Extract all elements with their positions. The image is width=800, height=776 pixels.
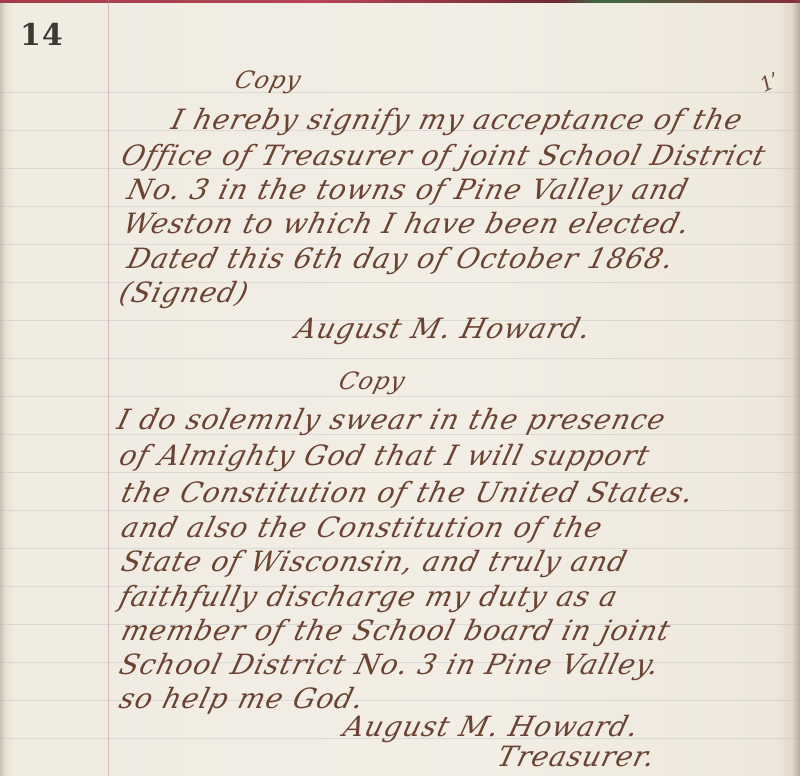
ruled-line	[0, 92, 800, 93]
acceptance-line: Weston to which I have been elected.	[120, 207, 694, 240]
acceptance-signed-label: (Signed)	[116, 276, 253, 309]
acceptance-line: Office of Treasurer of joint School Dist…	[118, 139, 770, 172]
ruled-line	[0, 358, 800, 359]
oath-line: I do solemnly swear in the presence	[114, 403, 670, 436]
oath-line: State of Wisconsin, and truly and	[118, 545, 631, 578]
ruled-line	[0, 282, 800, 283]
acceptance-heading: Copy	[232, 66, 305, 94]
oath-heading: Copy	[336, 367, 409, 395]
oath-signature: August M. Howard.	[340, 710, 643, 743]
page-right-edge	[792, 0, 800, 776]
oath-line: and also the Constitution of the	[118, 511, 606, 544]
ledger-page: 14 1’ Copy I hereby signify my acceptanc…	[0, 0, 800, 776]
oath-line: faithfully discharge my duty as a	[116, 580, 622, 613]
ruled-line	[0, 472, 800, 473]
margin-rule	[108, 0, 109, 776]
oath-line: so help me God.	[116, 682, 368, 715]
oath-line: member of the School board in joint	[118, 614, 674, 647]
acceptance-signature: August M. Howard.	[292, 312, 595, 345]
oath-line: of Almighty God that I will support	[116, 439, 654, 472]
oath-signer-title: Treasurer.	[494, 740, 659, 773]
acceptance-line: Dated this 6th day of October 1868.	[124, 242, 678, 275]
oath-line: School District No. 3 in Pine Valley.	[116, 648, 663, 681]
page-number: 14	[20, 18, 64, 53]
acceptance-line: No. 3 in the towns of Pine Valley and	[124, 173, 692, 206]
page-top-edge	[0, 0, 800, 3]
ruled-line	[0, 396, 800, 397]
acceptance-line: I hereby signify my acceptance of the	[168, 103, 747, 136]
oath-line: the Constitution of the United States.	[118, 476, 697, 509]
